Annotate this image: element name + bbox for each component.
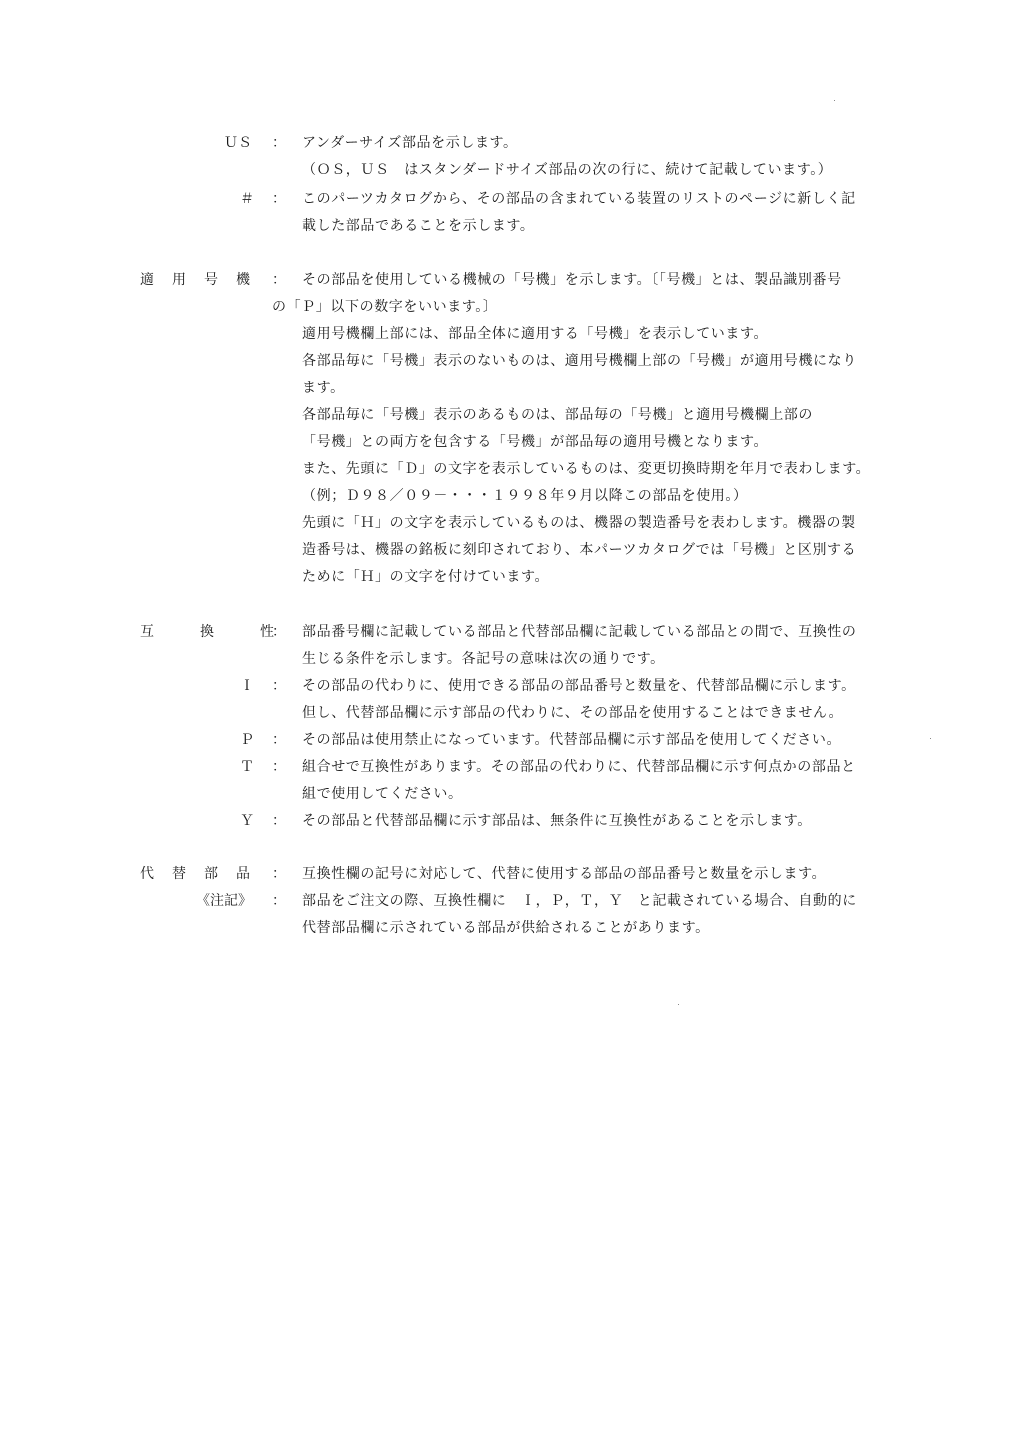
note-label: 《注記》 xyxy=(196,892,252,910)
applicable-serial-line-11: 造番号は、機器の銘板に刻印されており、本パーツカタログでは「号機」と区別する xyxy=(302,541,856,559)
applicable-serial-label: 適用号機 xyxy=(140,271,268,289)
applicable-serial-line-4: 各部品毎に「号機」表示のないものは、適用号機欄上部の「号機」が適用号機になり xyxy=(302,352,857,370)
colon: ： xyxy=(272,190,286,208)
colon: ： xyxy=(272,731,286,749)
compatibility-line-1: 部品番号欄に記載している部品と代替部品欄に記載している部品との間で、互換性の xyxy=(302,623,857,641)
colon: ： xyxy=(272,623,286,641)
applicable-serial-line-8: また、先頭に「Ｄ」の文字を表示しているものは、変更切換時期を年月で表わします。 xyxy=(302,460,870,478)
substitute-parts-label: 代替部品 xyxy=(140,865,268,883)
code-i-line-1: その部品の代わりに、使用できる部品の部品番号と数量を、代替部品欄に示します。 xyxy=(302,677,856,695)
colon: ： xyxy=(272,271,286,289)
applicable-serial-line-6: 各部品毎に「号機」表示のあるものは、部品毎の「号機」と適用号機欄上部の xyxy=(302,406,813,424)
colon: ： xyxy=(272,758,286,776)
applicable-serial-line-3: 適用号機欄上部には、部品全体に適用する「号機」を表示しています。 xyxy=(302,325,768,343)
scan-speck xyxy=(678,1004,679,1005)
code-y-line-1: その部品と代替部品欄に示す部品は、無条件に互換性があることを示します。 xyxy=(302,812,812,830)
us-description-line-1: アンダーサイズ部品を示します。 xyxy=(302,134,518,152)
applicable-serial-line-5: ます。 xyxy=(302,379,345,397)
hash-label: ＃ xyxy=(240,190,254,208)
applicable-serial-line-12: ために「Ｈ」の文字を付けています。 xyxy=(302,568,549,586)
hash-description-line-2: 載した部品であることを示します。 xyxy=(302,217,534,235)
code-t-line-1: 組合せで互換性があります。その部品の代わりに、代替部品欄に示す何点かの部品と xyxy=(302,758,856,776)
colon: ： xyxy=(272,677,286,695)
note-line-2: 代替部品欄に示されている部品が供給されることがあります。 xyxy=(302,919,710,937)
colon: ： xyxy=(272,812,286,830)
code-i-label: Ｉ xyxy=(240,677,254,695)
applicable-serial-line-9: （例；Ｄ９８／０９－・・・１９９８年９月以降この部品を使用。） xyxy=(302,487,748,505)
code-p-label: Ｐ xyxy=(240,731,254,749)
scan-speck xyxy=(930,738,931,739)
colon: ： xyxy=(272,865,286,883)
colon: ： xyxy=(272,892,286,910)
us-description-line-2: （ＯＳ，ＵＳ はスタンダードサイズ部品の次の行に、続けて記載しています。） xyxy=(302,161,832,179)
applicable-serial-line-2: の「Ｐ」以下の数字をいいます。〕 xyxy=(272,298,497,316)
code-y-label: Ｙ xyxy=(240,812,254,830)
note-line-1: 部品をご注文の際、互換性欄に Ｉ，Ｐ，Ｔ，Ｙ と記載されている場合、自動的に xyxy=(302,892,857,910)
us-label: ＵＳ xyxy=(224,134,252,152)
hash-description-line-1: このパーツカタログから、その部品の含まれている装置のリストのページに新しく記 xyxy=(302,190,856,208)
applicable-serial-line-7: 「号機」との両方を包含する「号機」が部品毎の適用号機となります。 xyxy=(302,433,768,451)
code-p-line-1: その部品は使用禁止になっています。代替部品欄に示す部品を使用してください。 xyxy=(302,731,841,749)
code-t-label: Ｔ xyxy=(240,758,254,776)
code-t-line-2: 組で使用してください。 xyxy=(302,785,463,803)
colon: ： xyxy=(272,134,286,152)
code-i-line-2: 但し、代替部品欄に示す部品の代わりに、その部品を使用することはできません。 xyxy=(302,704,843,722)
compatibility-line-2: 生じる条件を示します。各記号の意味は次の通りです。 xyxy=(302,650,665,668)
scan-speck xyxy=(834,100,835,101)
document-page: ＵＳ ： アンダーサイズ部品を示します。 （ＯＳ，ＵＳ はスタンダードサイズ部品… xyxy=(0,0,1024,1448)
applicable-serial-line-10: 先頭に「Ｈ」の文字を表示しているものは、機器の製造番号を表わします。機器の製 xyxy=(302,514,856,532)
compatibility-label: 互換性 xyxy=(140,623,320,641)
applicable-serial-line-1: その部品を使用している機械の「号機」を示します。〔「号機」とは、製品識別番号 xyxy=(302,271,842,289)
substitute-parts-line-1: 互換性欄の記号に対応して、代替に使用する部品の部品番号と数量を示します。 xyxy=(302,865,826,883)
